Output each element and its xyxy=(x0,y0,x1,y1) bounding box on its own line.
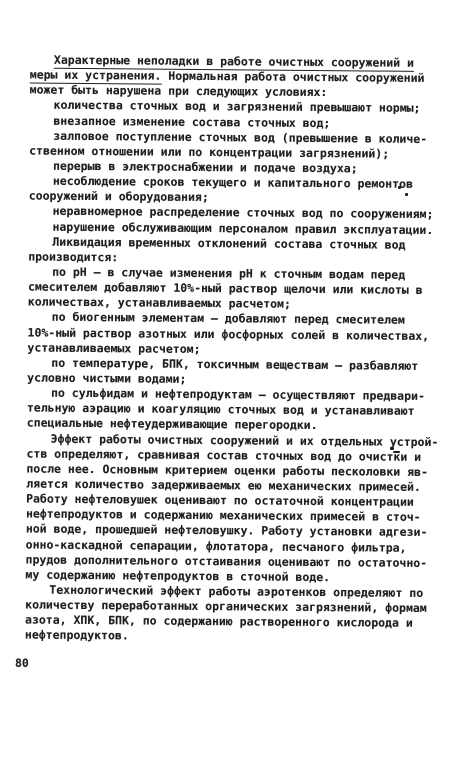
page-number: 80 xyxy=(15,656,29,670)
line-text: по биогенным элементам — добавляют перед… xyxy=(52,310,405,327)
scan-speck xyxy=(398,186,401,189)
line-text: нефтепродуктов. xyxy=(25,628,129,643)
line-text: по температуре, БПК, токсичным веществам… xyxy=(51,356,418,373)
text-line: нефтепродуктов. xyxy=(25,628,427,647)
line-text: специальные нефтеудерживающие перегородк… xyxy=(27,416,318,433)
line-text: перерыв в электроснабжении и подаче возд… xyxy=(53,159,358,176)
line-text: количества сточных вод и загрязнений пре… xyxy=(53,98,420,115)
line-text: му содержанию нефтепродуктов в сточной в… xyxy=(25,567,330,584)
page-text: Характерные неполадки в работе очистных … xyxy=(25,52,432,646)
line-text: устанавливаемых расчетом; xyxy=(27,340,200,356)
line-text: условно чистыми водами; xyxy=(27,370,186,385)
line-text: количествах, устанавливаемых расчетом; xyxy=(28,295,291,311)
scan-speck xyxy=(393,451,400,453)
line-text: внезапное изменение состава сточных вод; xyxy=(53,113,330,129)
line-text: производится: xyxy=(28,249,118,264)
line-text: может быть нарушена при следующих услови… xyxy=(30,83,328,100)
scan-speck xyxy=(405,193,408,196)
line-text: ственном отношении или по концентрации з… xyxy=(29,143,389,160)
line-text: Ликвидация временных отклонений состава … xyxy=(52,234,405,251)
line-text: Нормальная работа очистных сооружений xyxy=(161,69,424,85)
scan-speck xyxy=(390,447,394,450)
scanned-book-page: Характерные неполадки в работе очистных … xyxy=(0,0,450,763)
line-text: сооружений и оборудования; xyxy=(29,189,209,205)
